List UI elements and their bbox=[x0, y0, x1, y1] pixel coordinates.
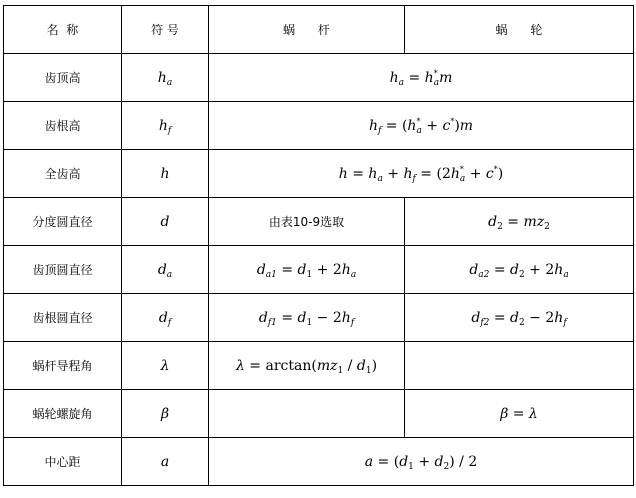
row-worm-formula: λ = arctan(mz1 / d1) bbox=[209, 342, 405, 390]
header-name: 名 称 bbox=[4, 6, 122, 54]
row-wheel-formula bbox=[405, 342, 634, 390]
row-symbol: df bbox=[122, 294, 209, 342]
table-row: 齿根圆直径 df df1 = d1 − 2hf df2 = d2 − 2hf bbox=[4, 294, 634, 342]
table-row: 齿根高 hf hf = (h*a + c*)m bbox=[4, 102, 634, 150]
header-worm: 蜗 杆 bbox=[209, 6, 405, 54]
row-symbol: ha bbox=[122, 54, 209, 102]
row-name: 全齿高 bbox=[4, 150, 122, 198]
row-name: 齿顶高 bbox=[4, 54, 122, 102]
table-row: 蜗杆导程角 λ λ = arctan(mz1 / d1) bbox=[4, 342, 634, 390]
row-name: 齿根圆直径 bbox=[4, 294, 122, 342]
table-row: 齿顶高 ha ha = h*am bbox=[4, 54, 634, 102]
table-row: 齿顶圆直径 da da1 = d1 + 2ha da2 = d2 + 2ha bbox=[4, 246, 634, 294]
row-name: 蜗杆导程角 bbox=[4, 342, 122, 390]
row-name: 齿顶圆直径 bbox=[4, 246, 122, 294]
header-wheel: 蜗 轮 bbox=[405, 6, 634, 54]
row-formula-merged: ha = h*am bbox=[209, 54, 634, 102]
row-formula-merged: a = (d1 + d2) / 2 bbox=[209, 438, 634, 486]
row-wheel-formula: da2 = d2 + 2ha bbox=[405, 246, 634, 294]
row-formula-merged: h = ha + hf = (2h*a + c*) bbox=[209, 150, 634, 198]
row-worm-formula bbox=[209, 390, 405, 438]
table-row: 中心距 a a = (d1 + d2) / 2 bbox=[4, 438, 634, 486]
row-worm-formula: 由表10-9选取 bbox=[209, 198, 405, 246]
row-name: 分度圆直径 bbox=[4, 198, 122, 246]
worm-gear-formula-table: 名 称 符 号 蜗 杆 蜗 轮 齿顶高 ha ha = h*am 齿根高 hf … bbox=[3, 5, 634, 486]
header-symbol: 符 号 bbox=[122, 6, 209, 54]
row-wheel-formula: d2 = mz2 bbox=[405, 198, 634, 246]
row-name: 齿根高 bbox=[4, 102, 122, 150]
row-symbol: d bbox=[122, 198, 209, 246]
row-name: 中心距 bbox=[4, 438, 122, 486]
row-symbol: a bbox=[122, 438, 209, 486]
row-wheel-formula: β = λ bbox=[405, 390, 634, 438]
row-worm-formula: da1 = d1 + 2ha bbox=[209, 246, 405, 294]
row-symbol: λ bbox=[122, 342, 209, 390]
row-symbol: hf bbox=[122, 102, 209, 150]
table-row: 分度圆直径 d 由表10-9选取 d2 = mz2 bbox=[4, 198, 634, 246]
row-worm-formula: df1 = d1 − 2hf bbox=[209, 294, 405, 342]
row-symbol: β bbox=[122, 390, 209, 438]
row-symbol: da bbox=[122, 246, 209, 294]
table-row: 全齿高 h h = ha + hf = (2h*a + c*) bbox=[4, 150, 634, 198]
row-formula-merged: hf = (h*a + c*)m bbox=[209, 102, 634, 150]
row-symbol: h bbox=[122, 150, 209, 198]
row-name: 蜗轮螺旋角 bbox=[4, 390, 122, 438]
header-row: 名 称 符 号 蜗 杆 蜗 轮 bbox=[4, 6, 634, 54]
row-wheel-formula: df2 = d2 − 2hf bbox=[405, 294, 634, 342]
table-row: 蜗轮螺旋角 β β = λ bbox=[4, 390, 634, 438]
